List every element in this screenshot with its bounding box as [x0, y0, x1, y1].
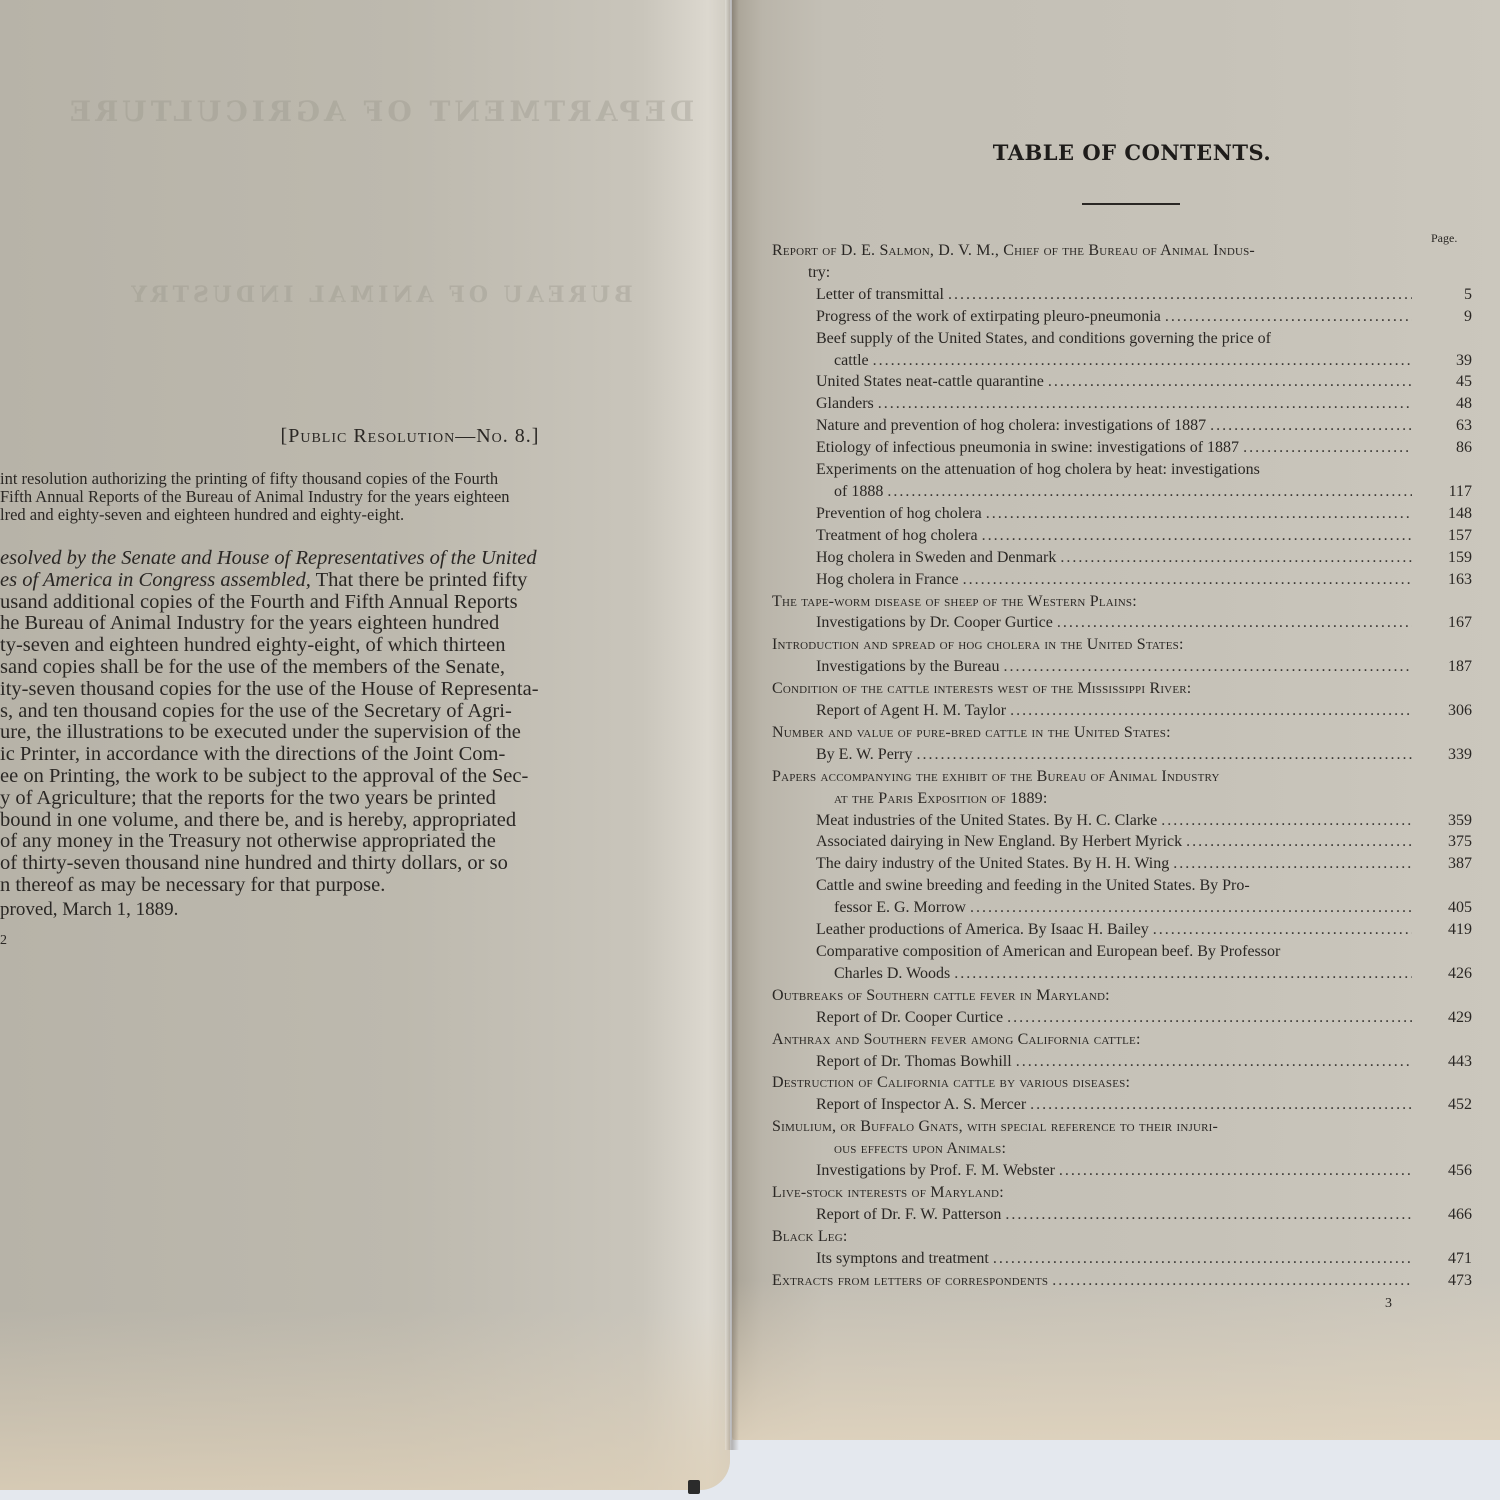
dot-leader — [887, 481, 1412, 503]
body-text: That there be printed fifty — [311, 570, 528, 591]
toc-title: TABLE OF CONTENTS. — [962, 140, 1302, 165]
toc-page-number: 359 — [1416, 810, 1472, 832]
toc-entry-title: The dairy industry of the United States.… — [772, 853, 1169, 875]
toc-entry-title: fessor E. G. Morrow — [772, 897, 966, 919]
toc-entry: Comparative composition of American and … — [772, 941, 1472, 963]
dot-leader — [1005, 1204, 1412, 1226]
toc-entry-title: Anthrax and Southern fever among Califor… — [772, 1029, 1141, 1051]
toc-page-number: 339 — [1416, 744, 1472, 766]
table-of-contents: Report of D. E. Salmon, D. V. M., Chief … — [772, 240, 1472, 1292]
dot-leader — [948, 284, 1412, 306]
toc-section-heading: Papers accompanying the exhibit of the B… — [772, 766, 1472, 788]
body-line: ic Printer, in accordance with the direc… — [0, 744, 692, 766]
dot-leader — [1186, 831, 1412, 853]
toc-entry-title: Charles D. Woods — [772, 963, 950, 985]
toc-entry: Associated dairying in New England. By H… — [772, 831, 1472, 853]
toc-section-heading: at the Paris Exposition of 1889: — [772, 788, 1472, 810]
body-line: he Bureau of Animal Industry for the yea… — [0, 613, 692, 635]
toc-entry-title: Condition of the cattle interests west o… — [772, 678, 1191, 700]
toc-entry-title: Number and value of pure-bred cattle in … — [772, 722, 1171, 744]
toc-entry: Cattle and swine breeding and feeding in… — [772, 875, 1472, 897]
resolution-body: esolved by the Senate and House of Repre… — [0, 548, 692, 897]
toc-entry-title: Report of Dr. F. W. Patterson — [772, 1204, 1001, 1226]
toc-section-heading: The tape-worm disease of sheep of the We… — [772, 591, 1472, 613]
toc-entry: Investigations by Prof. F. M. Webster456 — [772, 1160, 1472, 1182]
toc-page-number: 452 — [1416, 1094, 1472, 1116]
page-number: 2 — [0, 933, 692, 949]
dot-leader — [986, 503, 1412, 525]
toc-section-heading: Report of D. E. Salmon, D. V. M., Chief … — [772, 240, 1472, 262]
toc-entry: Hog cholera in France163 — [772, 569, 1472, 591]
toc-entry-title: Glanders — [772, 393, 874, 415]
toc-entry-title: Live-stock interests of Maryland: — [772, 1182, 1004, 1204]
toc-page-number: 429 — [1416, 1007, 1472, 1029]
toc-page-number: 426 — [1416, 963, 1472, 985]
dot-leader — [1052, 1270, 1412, 1292]
body-line: s, and ten thousand copies for the use o… — [0, 701, 692, 723]
toc-section-heading: Condition of the cattle interests west o… — [772, 678, 1472, 700]
toc-entry: Investigations by the Bureau187 — [772, 656, 1472, 678]
toc-page-number: 45 — [1416, 371, 1472, 393]
toc-entry: cattle39 — [772, 350, 1472, 372]
toc-section-heading: Extracts from letters of correspondents4… — [772, 1270, 1472, 1292]
dot-leader — [916, 744, 1412, 766]
toc-entry-title: Outbreaks of Southern cattle fever in Ma… — [772, 985, 1110, 1007]
body-text: bound in one volume, and there be, and i… — [0, 810, 516, 831]
toc-entry-title: Prevention of hog cholera — [772, 503, 982, 525]
toc-page-number: 473 — [1416, 1270, 1472, 1292]
toc-entry: Report of Dr. Cooper Curtice429 — [772, 1007, 1472, 1029]
body-line: of thirty-seven thousand nine hundred an… — [0, 853, 692, 875]
preamble-line: int resolution authorizing the printing … — [0, 470, 692, 488]
toc-section-heading: Black Leg: — [772, 1226, 1472, 1248]
toc-entry: fessor E. G. Morrow405 — [772, 897, 1472, 919]
body-text: of any money in the Treasury not otherwi… — [0, 831, 496, 852]
toc-section-heading: Simulium, or Buffalo Gnats, with special… — [772, 1116, 1472, 1138]
dot-leader — [1057, 612, 1412, 634]
body-line: ity-seven thousand copies for the use of… — [0, 679, 692, 701]
toc-entry-title: The tape-worm disease of sheep of the We… — [772, 591, 1137, 613]
body-line: sand copies shall be for the use of the … — [0, 657, 692, 679]
body-text: ty-seven and eighteen hundred eighty-eig… — [0, 635, 506, 656]
toc-entry-title: Investigations by the Bureau — [772, 656, 1000, 678]
body-text: of thirty-seven thousand nine hundred an… — [0, 853, 508, 874]
dot-leader — [1161, 810, 1412, 832]
toc-entry-title: Hog cholera in France — [772, 569, 959, 591]
toc-page-number: 375 — [1416, 831, 1472, 853]
toc-entry-title: Meat industries of the United States. By… — [772, 810, 1157, 832]
toc-entry-title: Beef supply of the United States, and co… — [772, 328, 1271, 350]
toc-entry-title: ous effects upon Animals: — [772, 1138, 1006, 1160]
body-text: he Bureau of Animal Industry for the yea… — [0, 613, 499, 634]
toc-page-number: 86 — [1416, 437, 1472, 459]
open-book-spread: DEPARTMENT OF AGRICULTURE BUREAU OF ANIM… — [0, 0, 1500, 1500]
toc-entry: Hog cholera in Sweden and Denmark159 — [772, 547, 1472, 569]
toc-entry-title: Report of Agent H. M. Taylor — [772, 700, 1006, 722]
dot-leader — [1165, 306, 1412, 328]
resolution-preamble: int resolution authorizing the printing … — [0, 470, 692, 524]
body-line: esolved by the Senate and House of Repre… — [0, 548, 692, 570]
toc-entry-title: at the Paris Exposition of 1889: — [772, 788, 1048, 810]
toc-page-number: 419 — [1416, 919, 1472, 941]
toc-entry-title: Investigations by Prof. F. M. Webster — [772, 1160, 1055, 1182]
toc-page-number: 9 — [1416, 306, 1472, 328]
toc-entry-title: Treatment of hog cholera — [772, 525, 978, 547]
dot-leader — [1016, 1051, 1412, 1073]
toc-entry-title: Destruction of California cattle by vari… — [772, 1072, 1130, 1094]
bleed-through-text: DEPARTMENT OF AGRICULTURE — [60, 95, 700, 128]
book-cover-corner — [688, 1480, 700, 1494]
body-text: ee on Printing, the work to be subject t… — [0, 766, 528, 787]
dot-leader — [1010, 700, 1412, 722]
toc-entry: Report of Inspector A. S. Mercer452 — [772, 1094, 1472, 1116]
body-text: ic Printer, in accordance with the direc… — [0, 744, 505, 765]
body-line: of any money in the Treasury not otherwi… — [0, 831, 692, 853]
approval-date: proved, March 1, 1889. — [0, 899, 692, 921]
toc-entry-title: Hog cholera in Sweden and Denmark — [772, 547, 1056, 569]
toc-entry: Beef supply of the United States, and co… — [772, 328, 1472, 350]
body-text: s, and ten thousand copies for the use o… — [0, 701, 512, 722]
toc-entry-title: Report of D. E. Salmon, D. V. M., Chief … — [772, 240, 1255, 262]
toc-page-number: 306 — [1416, 700, 1472, 722]
toc-page-number: 471 — [1416, 1248, 1472, 1270]
book-gutter — [725, 0, 739, 1450]
dot-leader — [1153, 919, 1412, 941]
toc-entry-title: Its symptons and treatment — [772, 1248, 989, 1270]
toc-page-number: 39 — [1416, 350, 1472, 372]
toc-entry: try: — [772, 262, 1472, 284]
toc-entry: Etiology of infectious pneumonia in swin… — [772, 437, 1472, 459]
toc-entry: of 1888117 — [772, 481, 1472, 503]
toc-entry: Progress of the work of extirpating pleu… — [772, 306, 1472, 328]
toc-page-number: 466 — [1416, 1204, 1472, 1226]
dot-leader — [1004, 656, 1412, 678]
dot-leader — [1243, 437, 1412, 459]
toc-page-number: 63 — [1416, 415, 1472, 437]
toc-page-number: 163 — [1416, 569, 1472, 591]
dot-leader — [970, 897, 1412, 919]
bleed-through-text: BUREAU OF ANIMAL INDUSTRY — [60, 282, 700, 308]
toc-page-number: 187 — [1416, 656, 1472, 678]
toc-page-number: 48 — [1416, 393, 1472, 415]
toc-entry: Charles D. Woods426 — [772, 963, 1472, 985]
dot-leader — [963, 569, 1412, 591]
body-line: y of Agriculture; that the reports for t… — [0, 788, 692, 810]
toc-page-number: 456 — [1416, 1160, 1472, 1182]
toc-entry: The dairy industry of the United States.… — [772, 853, 1472, 875]
dot-leader — [1030, 1094, 1412, 1116]
body-line: usand additional copies of the Fourth an… — [0, 592, 692, 614]
dot-leader — [873, 350, 1412, 372]
toc-entry-title: Associated dairying in New England. By H… — [772, 831, 1182, 853]
toc-entry-title: Nature and prevention of hog cholera: in… — [772, 415, 1206, 437]
toc-entry: By E. W. Perry339 — [772, 744, 1472, 766]
toc-entry: Meat industries of the United States. By… — [772, 810, 1472, 832]
toc-entry-title: Cattle and swine breeding and feeding in… — [772, 875, 1250, 897]
toc-entry: Nature and prevention of hog cholera: in… — [772, 415, 1472, 437]
body-text: usand additional copies of the Fourth an… — [0, 592, 518, 613]
dot-leader — [982, 525, 1412, 547]
body-text: sand copies shall be for the use of the … — [0, 657, 505, 678]
toc-entry: United States neat-cattle quarantine45 — [772, 371, 1472, 393]
dot-leader — [1059, 1160, 1412, 1182]
public-resolution: [Public Resolution—No. 8.] int resolutio… — [0, 425, 692, 949]
toc-entry-title: try: — [772, 262, 830, 284]
toc-entry-title: Introduction and spread of hog cholera i… — [772, 634, 1184, 656]
toc-entry-title: Report of Dr. Thomas Bowhill — [772, 1051, 1012, 1073]
toc-section-heading: Outbreaks of Southern cattle fever in Ma… — [772, 985, 1472, 1007]
body-text: y of Agriculture; that the reports for t… — [0, 788, 496, 809]
preamble-line: Fifth Annual Reports of the Bureau of An… — [0, 488, 692, 506]
toc-entry: Experiments on the attenuation of hog ch… — [772, 459, 1472, 481]
body-line: n thereof as may be necessary for that p… — [0, 875, 692, 897]
toc-entry: Report of Dr. F. W. Patterson466 — [772, 1204, 1472, 1226]
toc-entry: Leather productions of America. By Isaac… — [772, 919, 1472, 941]
toc-entry-title: Simulium, or Buffalo Gnats, with special… — [772, 1116, 1218, 1138]
dot-leader — [1048, 371, 1412, 393]
toc-section-heading: Anthrax and Southern fever among Califor… — [772, 1029, 1472, 1051]
dot-leader — [993, 1248, 1412, 1270]
toc-page-number: 148 — [1416, 503, 1472, 525]
toc-entry-title: of 1888 — [772, 481, 883, 503]
toc-entry: Report of Agent H. M. Taylor306 — [772, 700, 1472, 722]
body-line: ee on Printing, the work to be subject t… — [0, 766, 692, 788]
toc-entry: Investigations by Dr. Cooper Gurtice167 — [772, 612, 1472, 634]
enacting-clause: es of America in Congress assembled, — [0, 570, 311, 591]
body-text: ity-seven thousand copies for the use of… — [0, 679, 539, 700]
toc-page-number: 157 — [1416, 525, 1472, 547]
toc-page-number: 117 — [1416, 481, 1472, 503]
body-text: n thereof as may be necessary for that p… — [0, 875, 385, 896]
toc-section-heading: Introduction and spread of hog cholera i… — [772, 634, 1472, 656]
toc-entry: Its symptons and treatment471 — [772, 1248, 1472, 1270]
dot-leader — [1060, 547, 1412, 569]
dot-leader — [1173, 853, 1412, 875]
toc-page-number: 167 — [1416, 612, 1472, 634]
toc-entry-title: Report of Dr. Cooper Curtice — [772, 1007, 1003, 1029]
dot-leader — [954, 963, 1412, 985]
dot-leader — [1007, 1007, 1412, 1029]
title-rule-divider — [1082, 203, 1180, 205]
toc-entry-title: Comparative composition of American and … — [772, 941, 1280, 963]
page-number: 3 — [1385, 1296, 1392, 1312]
toc-entry-title: United States neat-cattle quarantine — [772, 371, 1044, 393]
toc-entry-title: Experiments on the attenuation of hog ch… — [772, 459, 1260, 481]
toc-entry: Report of Dr. Thomas Bowhill443 — [772, 1051, 1472, 1073]
toc-entry-title: Etiology of infectious pneumonia in swin… — [772, 437, 1239, 459]
toc-page-number: 159 — [1416, 547, 1472, 569]
toc-entry: Letter of transmittal5 — [772, 284, 1472, 306]
toc-entry-title: Investigations by Dr. Cooper Gurtice — [772, 612, 1053, 634]
toc-entry: Glanders48 — [772, 393, 1472, 415]
toc-entry-title: Progress of the work of extirpating pleu… — [772, 306, 1161, 328]
toc-entry-title: Letter of transmittal — [772, 284, 944, 306]
toc-page-number: 405 — [1416, 897, 1472, 919]
toc-entry-title: Leather productions of America. By Isaac… — [772, 919, 1149, 941]
toc-entry-title: Papers accompanying the exhibit of the B… — [772, 766, 1220, 788]
toc-page-number: 5 — [1416, 284, 1472, 306]
toc-section-heading: ous effects upon Animals: — [772, 1138, 1472, 1160]
toc-entry-title: Black Leg: — [772, 1226, 848, 1248]
toc-entry-title: Extracts from letters of correspondents — [772, 1270, 1048, 1292]
dot-leader — [878, 393, 1412, 415]
toc-entry: Treatment of hog cholera157 — [772, 525, 1472, 547]
enacting-clause: esolved by the Senate and House of Repre… — [0, 548, 537, 569]
toc-section-heading: Number and value of pure-bred cattle in … — [772, 722, 1472, 744]
toc-entry-title: By E. W. Perry — [772, 744, 912, 766]
toc-entry: Prevention of hog cholera148 — [772, 503, 1472, 525]
body-line: bound in one volume, and there be, and i… — [0, 810, 692, 832]
body-line: ty-seven and eighteen hundred eighty-eig… — [0, 635, 692, 657]
dot-leader — [1210, 415, 1412, 437]
body-text: ure, the illustrations to be executed un… — [0, 722, 521, 743]
toc-section-heading: Destruction of California cattle by vari… — [772, 1072, 1472, 1094]
preamble-line: lred and eighty-seven and eighteen hundr… — [0, 506, 692, 524]
toc-page-number: 387 — [1416, 853, 1472, 875]
toc-entry-title: cattle — [772, 350, 869, 372]
toc-entry-title: Report of Inspector A. S. Mercer — [772, 1094, 1026, 1116]
toc-section-heading: Live-stock interests of Maryland: — [772, 1182, 1472, 1204]
body-line: es of America in Congress assembled, Tha… — [0, 570, 692, 592]
body-line: ure, the illustrations to be executed un… — [0, 722, 692, 744]
toc-page-number: 443 — [1416, 1051, 1472, 1073]
resolution-heading: [Public Resolution—No. 8.] — [200, 425, 620, 448]
